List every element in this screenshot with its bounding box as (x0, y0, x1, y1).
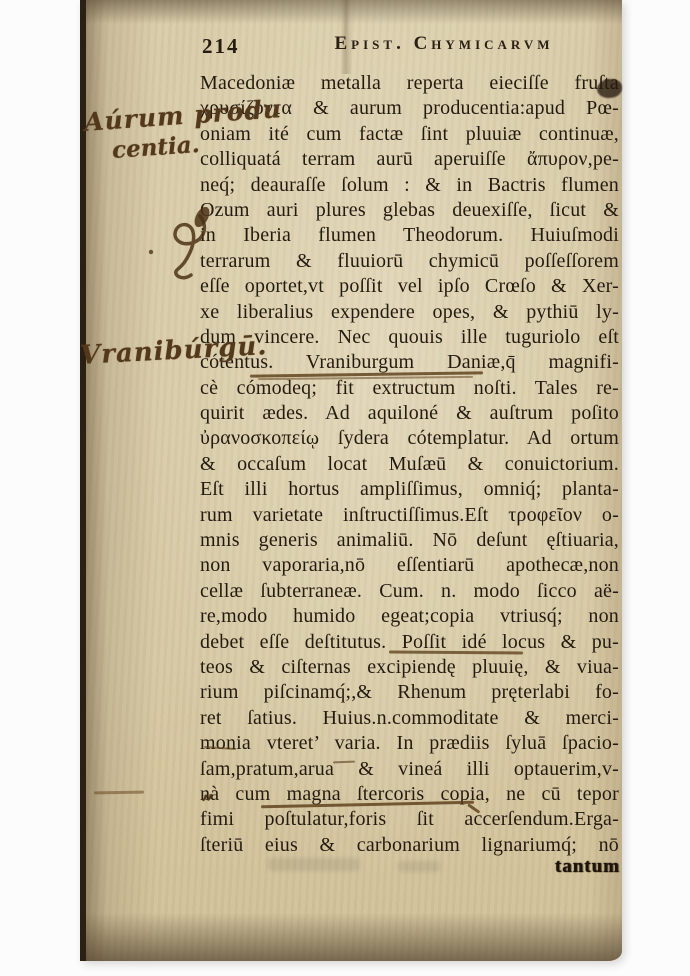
catchword: tantum (460, 856, 620, 878)
text-line: & occaſum locat Muſæū & conuictorium. (200, 452, 619, 477)
ink-flourish-mark (142, 206, 224, 306)
text-line: Macedoniæ metalla reperta eieciſſe fruſt… (200, 71, 619, 96)
text-line: fimi poſtulatur,foris ſit accerſendum.Er… (200, 807, 619, 832)
text-line: monia vteret’ varia. In prædiis ſyluā ſp… (200, 731, 619, 756)
text-line: Eſt illi hortus ampliſſimus, omniq́; pla… (200, 477, 619, 502)
bleedthrough-ghost (398, 861, 440, 872)
text-line: xe liberalius expendere opes, & pythiū l… (200, 300, 619, 325)
text-line: quirit ædes. Ad aquiloné & auſtrum poſit… (200, 401, 619, 426)
text-line: oniam ité cum factæ ſint pluuiæ continuæ… (200, 122, 619, 147)
text-line: terrarum & fluuiorū chymicū poſſeſſorem (200, 249, 619, 274)
text-line: ſam,pratum,arua & vineá illi optauerim,v… (200, 757, 619, 782)
text-line: in Iberia flumen Theodorum. Huiuſmodi (200, 223, 619, 248)
text-line: eſſe oportet,vt poſſit vel ipſo Crœſo & … (200, 274, 619, 299)
margin-ditto-mark: „ (200, 777, 215, 804)
text-line: cellæ ſubterraneæ. Cum. n. modo ſicco aë… (200, 579, 619, 604)
text-line: neq́; deauraſſe ſolum : & in Bactris flu… (200, 173, 619, 198)
text-line: teos & ciſternas excipiendę pluuię, & vi… (200, 655, 619, 680)
ink-blot (597, 79, 622, 98)
text-line: rum varietate inſtructiſſimus.Eſt τροφεῖ… (200, 503, 619, 528)
text-line: non vaporaria,nō eſſentiarū apothecæ,non (200, 553, 619, 578)
text-line: Ozum auri plures glebas deuexiſſe, ſicut… (200, 198, 619, 223)
scanned-book-page: 214 Epist. Chymicarvm Macedoniæ metalla … (0, 0, 690, 976)
text-line: mnis generis animaliū. Nō deſunt ęſtiuar… (200, 528, 619, 553)
text-line: ſteriū eius & carbonarium lignariumq́; n… (200, 833, 619, 858)
bleedthrough-ghost (268, 858, 360, 871)
text-line: re,modo humido egeat;copia vtriusq́; non (200, 604, 619, 629)
text-line: ret ſatius. Huius.n.commoditate & merci- (200, 706, 619, 731)
text-line: rium piſcinamq́;,& Rhenum pręterlabi fo- (200, 680, 619, 705)
page-number: 214 (202, 34, 240, 59)
running-title: Epist. Chymicarvm (306, 33, 582, 55)
text-block: Macedoniæ metalla reperta eieciſſe fruſt… (200, 71, 619, 858)
text-line: ὐρανοσκοπείῳ ſydera cótemplatur. Ad ortu… (200, 426, 619, 451)
text-line: colliquatá terram aurū aperuiſſe ἄπυρον,… (200, 147, 619, 172)
